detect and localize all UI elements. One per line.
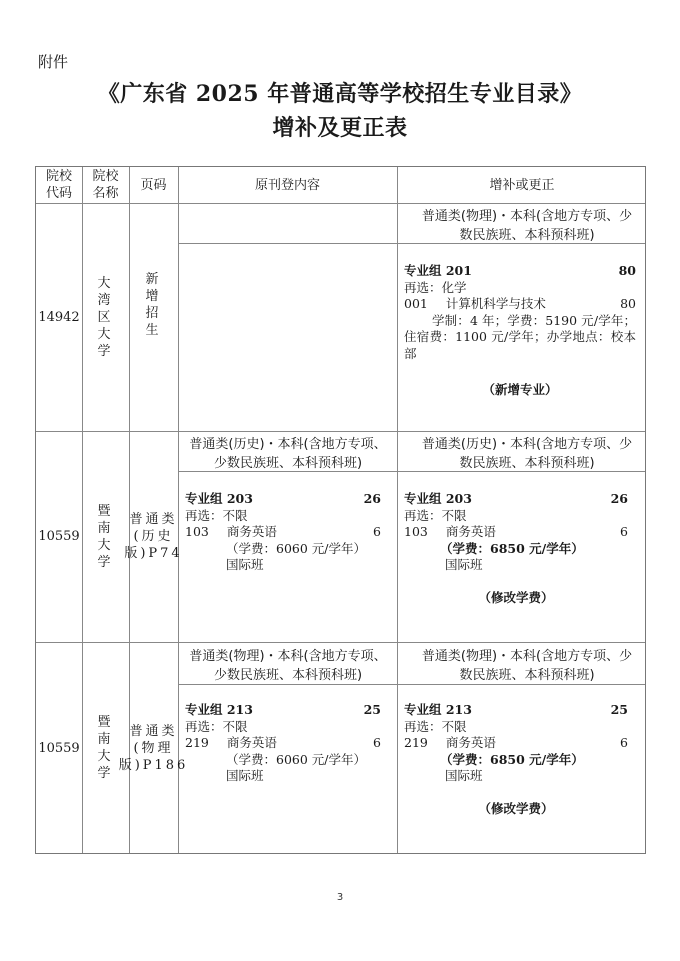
major-code: 001 (404, 296, 428, 311)
school-code: 10559 (36, 642, 82, 854)
major-detail: 学制：4 年；学费：5190 元/学年；住宿费：1100 元/学年；办学地点：校… (404, 313, 636, 363)
correction-block: 专业组 20326 再选：不限 103商务英语6 （学费：6850 元/学年） … (404, 491, 628, 606)
major-name: 计算机科学与技术 (446, 296, 546, 311)
reselect: 再选：不限 (404, 508, 628, 525)
change-note: （新增专业） (404, 382, 636, 399)
page-ref: 普通类(物理版)P186 (129, 642, 178, 854)
class-type: 国际班 (404, 557, 628, 574)
correction-category: 普通类(历史)・本科(含地方专项、少数民族班、本科预科班) (416, 435, 638, 473)
group-label: 专业组 203 (185, 491, 253, 508)
school-name: 暨南大学 (82, 431, 129, 642)
original-block: 专业组 21325 再选：不限 219商务英语6 （学费：6060 元/学年） … (185, 702, 381, 785)
page-ref: 新增招生 (129, 191, 178, 419)
page-number: 3 (0, 892, 680, 903)
group-label: 专业组 203 (404, 491, 472, 508)
correction-block: 专业组 21325 再选：不限 219商务英语6 （学费：6850 元/学年） … (404, 702, 628, 817)
original-category: 普通类(历史)・本科(含地方专项、少数民族班、本科预科班) (184, 435, 392, 473)
reselect: 再选：不限 (185, 508, 381, 525)
change-note: （修改学费） (404, 801, 628, 818)
original-block: 专业组 20326 再选：不限 103商务英语6 （学费：6060 元/学年） … (185, 491, 381, 574)
major-count: 80 (620, 296, 636, 313)
class-type: 国际班 (185, 557, 381, 574)
class-type: 国际班 (404, 768, 628, 785)
header-school-code: 院校代码 (36, 167, 82, 203)
document-subtitle: 增补及更正表 (0, 111, 680, 142)
major-name: 商务英语 (227, 735, 277, 750)
reselect: 再选：不限 (404, 719, 628, 736)
group-label: 专业组 213 (185, 702, 253, 719)
tuition-fee: （学费：6850 元/学年） (404, 752, 628, 769)
major-code: 103 (404, 524, 428, 539)
header-original: 原刊登内容 (178, 167, 397, 203)
group-label: 专业组 213 (404, 702, 472, 719)
major-name: 商务英语 (446, 524, 496, 539)
page-ref: 普通类(历史版)P74 (129, 431, 178, 642)
group-count: 26 (364, 491, 381, 508)
original-category: 普通类(物理)・本科(含地方专项、少数民族班、本科预科班) (184, 647, 392, 685)
group-count: 80 (619, 263, 636, 280)
major-count: 6 (620, 735, 628, 752)
correction-block: 专业组 20180 再选：化学 001计算机科学与技术80 学制：4 年；学费：… (404, 263, 636, 399)
major-count: 6 (373, 524, 381, 541)
school-name: 大湾区大学 (82, 203, 129, 431)
major-count: 6 (620, 524, 628, 541)
group-count: 25 (364, 702, 381, 719)
header-correction: 增补或更正 (397, 167, 647, 203)
tuition-fee: （学费：6060 元/学年） (185, 752, 381, 769)
reselect: 再选：不限 (185, 719, 381, 736)
group-count: 26 (611, 491, 628, 508)
school-code: 14942 (36, 203, 82, 431)
group-label: 专业组 201 (404, 263, 472, 280)
school-code: 10559 (36, 431, 82, 642)
correction-category: 普通类(物理)・本科(含地方专项、少数民族班、本科预科班) (416, 647, 638, 685)
correction-table: 院校代码 院校名称 页码 原刊登内容 增补或更正 14942 大湾区大学 新增招… (35, 166, 646, 854)
major-code: 219 (404, 735, 428, 750)
change-note: （修改学费） (404, 590, 628, 607)
reselect: 再选：化学 (404, 280, 636, 297)
major-code: 219 (185, 735, 209, 750)
document-title: 《广东省 2025 年普通高等学校招生专业目录》 (0, 77, 680, 108)
major-count: 6 (373, 735, 381, 752)
tuition-fee: （学费：6850 元/学年） (404, 541, 628, 558)
tuition-fee: （学费：6060 元/学年） (185, 541, 381, 558)
group-count: 25 (611, 702, 628, 719)
correction-category: 普通类(物理)・本科(含地方专项、少数民族班、本科预科班) (416, 207, 638, 245)
attachment-label: 附件 (38, 51, 68, 72)
header-school-name: 院校名称 (82, 167, 129, 203)
major-name: 商务英语 (446, 735, 496, 750)
major-name: 商务英语 (227, 524, 277, 539)
class-type: 国际班 (185, 768, 381, 785)
major-code: 103 (185, 524, 209, 539)
